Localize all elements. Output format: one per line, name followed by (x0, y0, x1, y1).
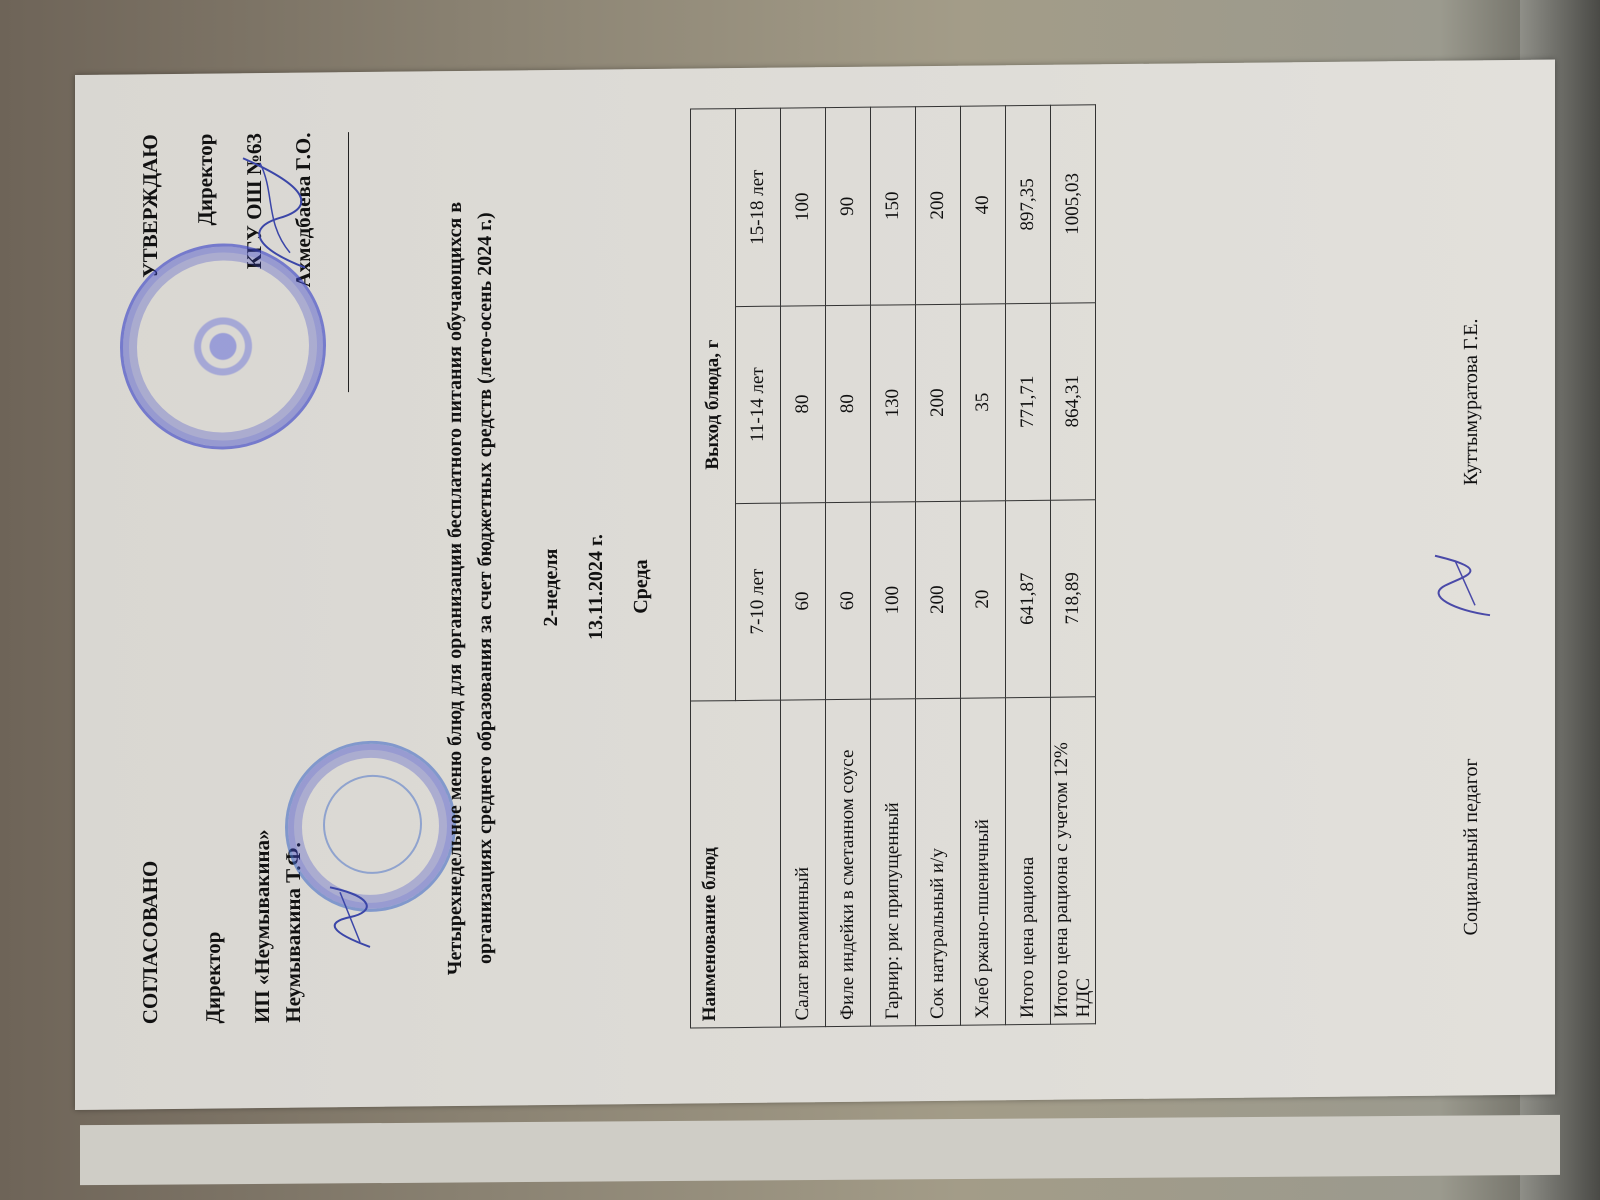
yield-value-cell: 200 (916, 501, 961, 698)
yield-value-cell: 35 (961, 303, 1006, 500)
document-page: СОГЛАСОВАНО Директор ИП «Неумывакина» Не… (75, 60, 1555, 1110)
yield-value-cell: 80 (781, 305, 826, 502)
agreed-position: Директор (203, 830, 224, 1024)
signature-icon (235, 152, 315, 273)
yield-value-cell: 130 (871, 304, 916, 501)
dish-name-cell: Сок натуральный и/у (916, 698, 961, 1026)
menu-table: Наименование блюд Выход блюда, г 7-10 ле… (690, 104, 1096, 1028)
table-row: Филе индейки в сметанном соусе608090 (826, 107, 871, 1026)
dish-name-cell: Итого цена рациона с учетом 12% НДС (1051, 697, 1096, 1025)
dish-name-cell: Гарнир: рис припущенный (871, 698, 916, 1026)
yield-value-cell: 60 (826, 502, 871, 699)
table-row: Хлеб ржано-пшеничный203540 (961, 106, 1006, 1025)
yield-value-cell: 718,89 (1051, 500, 1096, 697)
yield-value-cell: 60 (781, 502, 826, 699)
document-page-rotated: СОГЛАСОВАНО Директор ИП «Неумывакина» Не… (75, 60, 1555, 1110)
table-row: Гарнир: рис припущенный100130150 (871, 107, 916, 1026)
table-row: Сок натуральный и/у200200200 (916, 106, 961, 1025)
yield-value-cell: 864,31 (1051, 303, 1096, 500)
signature-icon (1415, 545, 1500, 626)
footer-role: Социальный педагог (1460, 758, 1483, 935)
title-line-2: организациях среднего образования за сче… (470, 131, 500, 1046)
header-age-group: 15-18 лет (736, 108, 781, 306)
paper-stack-edge (80, 1115, 1560, 1185)
yield-value-cell: 150 (871, 107, 916, 305)
document-title: Четырехнедельное меню блюд для организац… (440, 131, 500, 1047)
yield-value-cell: 80 (826, 305, 871, 502)
yield-value-cell: 641,87 (1006, 500, 1051, 697)
table-row: Итого цена рациона641,87771,71897,35 (1006, 105, 1051, 1024)
footer-person: Куттымуратова Г.Е. (1460, 318, 1483, 485)
yield-value-cell: 20 (961, 500, 1006, 697)
agreed-organization: ИП «Неумывакина» (252, 829, 273, 1023)
header-age-group: 7-10 лет (736, 503, 781, 700)
seal-stamp-icon (120, 242, 326, 450)
yield-value-cell: 90 (826, 107, 871, 305)
yield-value-cell: 200 (916, 106, 961, 304)
header-dish-name: Наименование блюд (691, 700, 781, 1028)
dish-name-cell: Салат витаминный (781, 699, 826, 1027)
title-line-1: Четырехнедельное меню блюд для организац… (440, 131, 470, 1046)
signature-line (334, 132, 349, 392)
header-yield: Выход блюда, г (691, 109, 736, 701)
weekday-label: Среда (630, 69, 653, 1104)
week-label: 2-неделя (540, 70, 563, 1105)
yield-value-cell: 771,71 (1006, 303, 1051, 500)
date-label: 13.11.2024 г. (585, 69, 608, 1104)
yield-value-cell: 200 (916, 304, 961, 501)
signature-icon (320, 882, 380, 953)
yield-value-cell: 100 (871, 501, 916, 698)
yield-value-cell: 1005,03 (1051, 105, 1096, 303)
agreed-heading: СОГЛАСОВАНО (140, 830, 161, 1024)
table-row: Итого цена рациона с учетом 12% НДС718,8… (1051, 105, 1096, 1024)
dish-name-cell: Хлеб ржано-пшеничный (961, 697, 1006, 1025)
yield-value-cell: 100 (781, 108, 826, 306)
dish-name-cell: Итого цена рациона (1006, 697, 1051, 1025)
header-age-group: 11-14 лет (736, 306, 781, 503)
yield-value-cell: 897,35 (1006, 105, 1051, 303)
table-row: Салат витаминный6080100 (781, 108, 826, 1027)
yield-value-cell: 40 (961, 106, 1006, 304)
dish-name-cell: Филе индейки в сметанном соусе (826, 699, 871, 1027)
